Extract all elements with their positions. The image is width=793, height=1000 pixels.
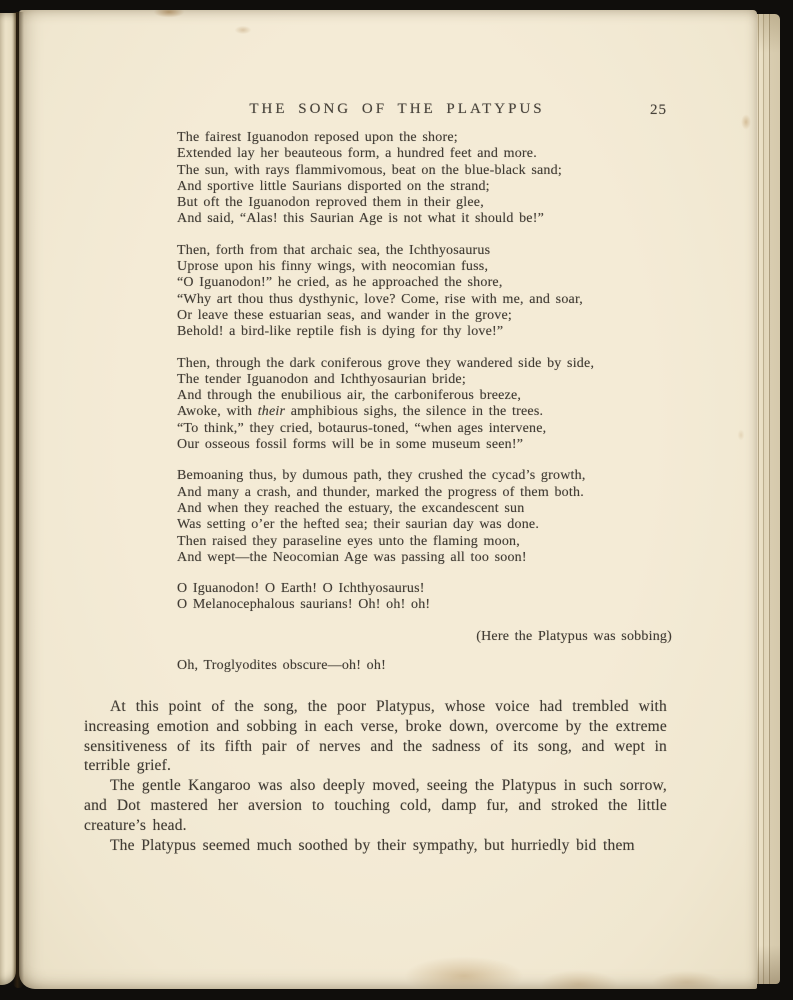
poem-line: The tender Iguanodon and Ichthyosaurian … xyxy=(177,372,672,388)
prose-paragraph-2: The gentle Kangaroo was also deeply move… xyxy=(84,776,667,835)
poem-line: And wept—the Neocomian Age was passing a… xyxy=(177,550,672,566)
poem-line: Extended lay her beauteous form, a hundr… xyxy=(177,146,672,162)
poem-line: Or leave these estuarian seas, and wande… xyxy=(177,308,672,324)
poem-line: “To think,” they cried, botaurus-toned, … xyxy=(177,421,672,437)
poem-line: “O Iguanodon!” he cried, as he approache… xyxy=(177,275,672,291)
poem-line: But oft the Iguanodon reproved them in t… xyxy=(177,195,672,211)
poem-line: And said, “Alas! this Saurian Age is not… xyxy=(177,211,672,227)
poem-stanza-5: O Iguanodon! O Earth! O Ichthyosaurus! O… xyxy=(177,581,672,614)
poem-stanza-1: The fairest Iguanodon reposed upon the s… xyxy=(177,130,672,228)
prose-paragraph-1: At this point of the song, the poor Plat… xyxy=(84,697,667,776)
poem-line: O Melanocephalous saurians! Oh! oh! oh! xyxy=(177,597,672,613)
poem-line: And through the enubilious air, the carb… xyxy=(177,388,672,404)
poem-line: Was setting o’er the hefted sea; their s… xyxy=(177,517,672,533)
prose-paragraph-3: The Platypus seemed much soothed by thei… xyxy=(84,836,667,856)
poem-stanza-2: Then, forth from that archaic sea, the I… xyxy=(177,243,672,341)
sobbing-aside: (Here the Platypus was sobbing) xyxy=(177,629,672,645)
poem-line: O Iguanodon! O Earth! O Ichthyosaurus! xyxy=(177,581,672,597)
poem-line: Uprose upon his finny wings, with neocom… xyxy=(177,259,672,275)
poem-line: Bemoaning thus, by dumous path, they cru… xyxy=(177,468,672,484)
poem-line: And when they reached the estuary, the e… xyxy=(177,501,672,517)
poem-line: Behold! a bird-like reptile fish is dyin… xyxy=(177,324,672,340)
poem-line: Then, through the dark coniferous grove … xyxy=(177,356,672,372)
running-header-title: THE SONG OF THE PLATYPUS xyxy=(19,100,757,118)
poem-line: And many a crash, and thunder, marked th… xyxy=(177,485,672,501)
poem-line: The sun, with rays flammivomous, beat on… xyxy=(177,163,672,179)
poem-line: And sportive little Saurians disported o… xyxy=(177,179,672,195)
scanned-page: THE SONG OF THE PLATYPUS 25 The fairest … xyxy=(19,10,757,989)
poem-stanza-4: Bemoaning thus, by dumous path, they cru… xyxy=(177,468,672,566)
book-scan-background: THE SONG OF THE PLATYPUS 25 The fairest … xyxy=(0,0,793,1000)
poem-line-segment: Awoke, with xyxy=(177,404,258,419)
poem-line-segment: amphibious sighs, the silence in the tre… xyxy=(285,404,543,419)
poem-line: Then, forth from that archaic sea, the I… xyxy=(177,243,672,259)
gutter-crease-shadow xyxy=(13,12,24,988)
poem-final-line: Oh, Troglyodites obscure—oh! oh! xyxy=(177,658,672,674)
poem: The fairest Iguanodon reposed upon the s… xyxy=(177,130,672,674)
poem-line-with-italic: Awoke, with their amphibious sighs, the … xyxy=(177,404,672,420)
poem-line: Then raised they paraseline eyes unto th… xyxy=(177,534,672,550)
prose-section: At this point of the song, the poor Plat… xyxy=(84,697,667,855)
poem-line: The fairest Iguanodon reposed upon the s… xyxy=(177,130,672,146)
poem-line: “Why art thou thus dysthynic, love? Come… xyxy=(177,292,672,308)
poem-stanza-3: Then, through the dark coniferous grove … xyxy=(177,356,672,454)
poem-italic-word: their xyxy=(258,404,286,419)
poem-line: Our osseous fossil forms will be in some… xyxy=(177,437,672,453)
page-number: 25 xyxy=(650,101,667,119)
